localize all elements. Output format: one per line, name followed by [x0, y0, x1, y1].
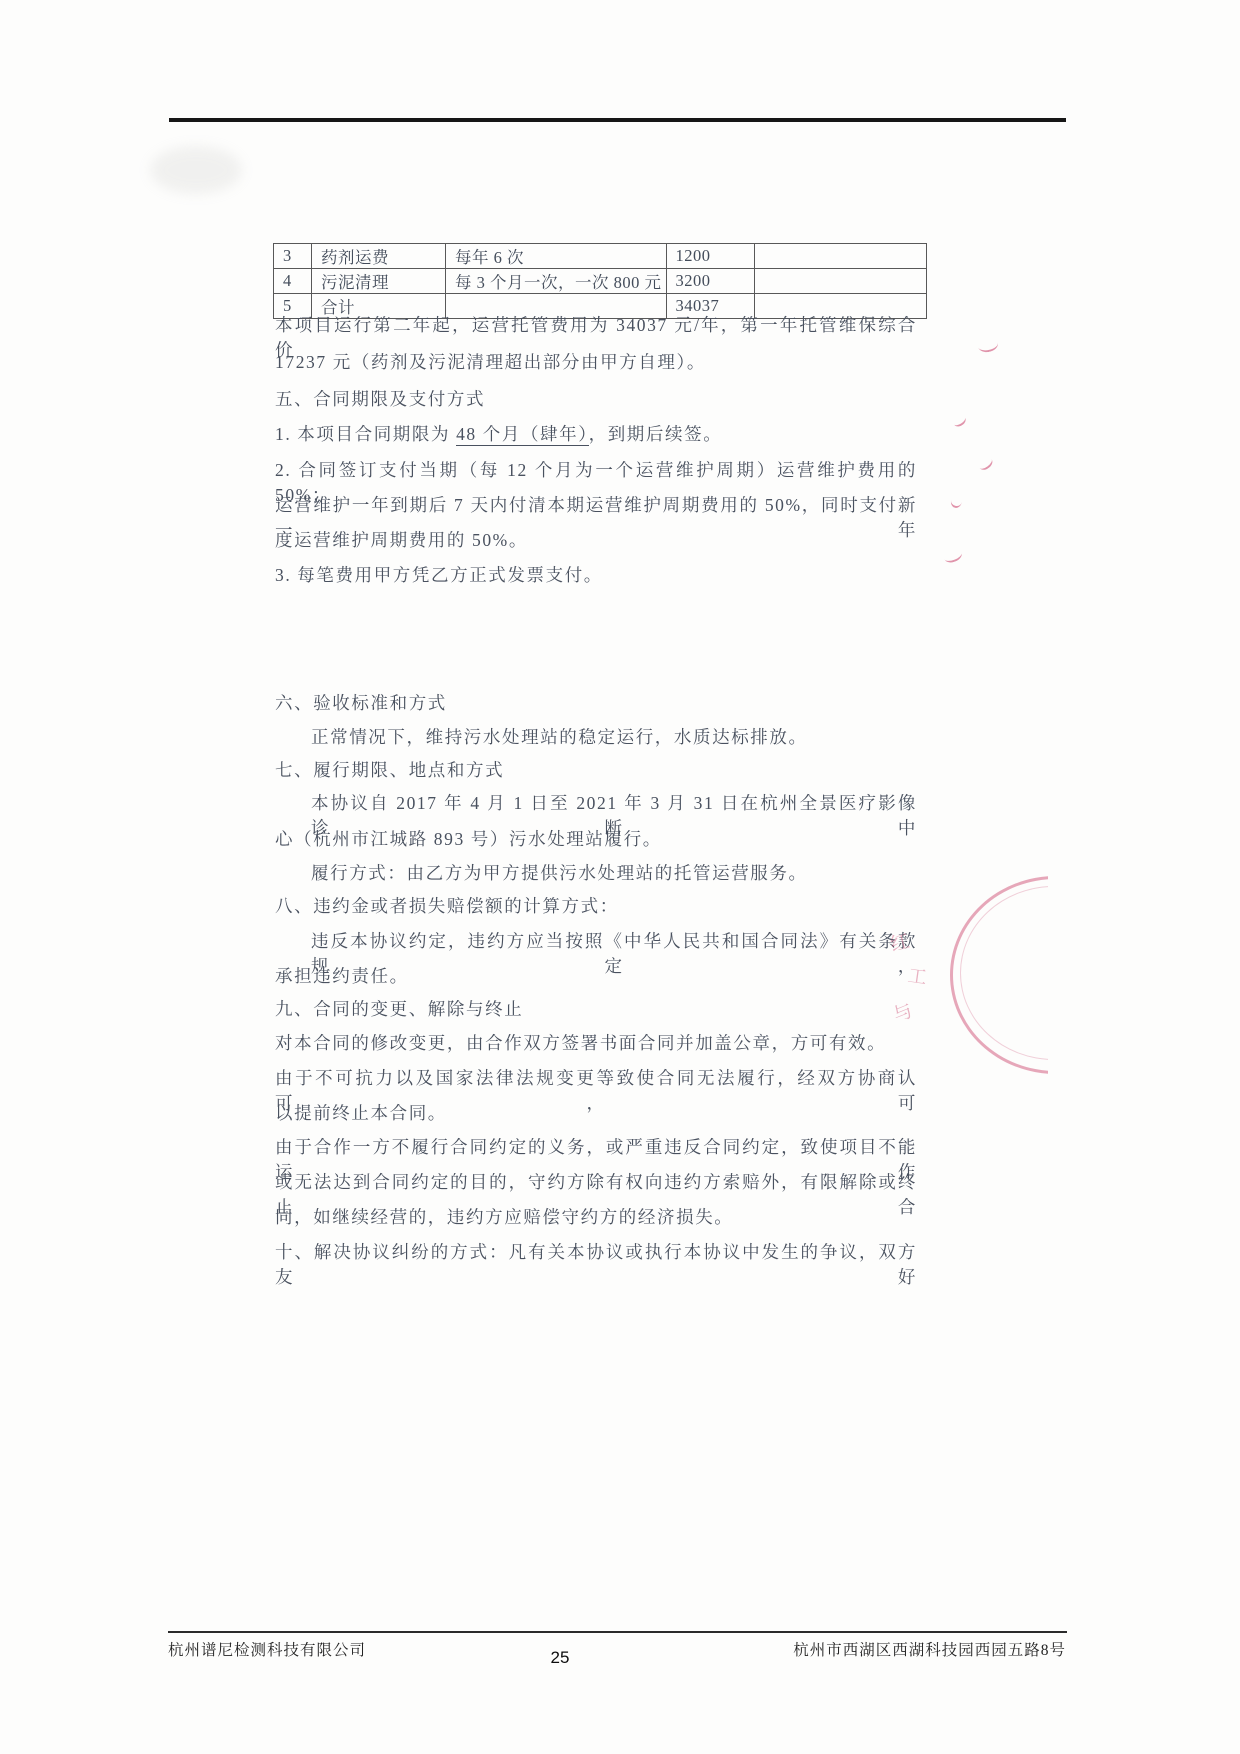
doc-line: 度运营维护周期费用的 50%。	[275, 527, 917, 552]
doc-line: 承担违约责任。	[275, 963, 917, 988]
clause-post: ，到期后续签。	[589, 424, 723, 444]
cell-note	[754, 269, 926, 294]
cell-note	[754, 244, 926, 269]
red-mark	[950, 493, 964, 509]
doc-line: 同，如继续经营的，违约方应赔偿守约方的经济损失。	[275, 1204, 917, 1229]
fee-table: 3 药剂运费 每年 6 次 1200 4 污泥清理 每 3 个月一次，一次 80…	[273, 243, 927, 319]
doc-line: 正常情况下，维持污水处理站的稳定运行，水质达标排放。	[311, 724, 917, 749]
cell-no: 3	[274, 244, 312, 269]
section-heading-6: 六、验收标准和方式	[275, 690, 917, 715]
red-mark	[951, 413, 967, 428]
doc-line: 对本合同的修改变更，由合作双方签署书面合同并加盖公章，方可有效。	[275, 1030, 917, 1055]
table-row: 4 污泥清理 每 3 个月一次，一次 800 元 3200	[274, 269, 927, 294]
clause-underlined-term: 48 个月（肆年）	[456, 424, 589, 446]
section-heading-9: 九、合同的变更、解除与终止	[275, 996, 917, 1021]
doc-line: 履行方式：由乙方为甲方提供污水处理站的托管运营服务。	[311, 860, 917, 885]
red-mark	[976, 455, 995, 473]
footer-company: 杭州谱尼检测科技有限公司	[168, 1638, 366, 1660]
doc-line: 17237 元（药剂及污泥清理超出部分由甲方自理）。	[275, 349, 917, 374]
red-seal-stamp	[944, 870, 1048, 1078]
seal-text-fragment: 工	[906, 961, 930, 991]
doc-line: 以提前终止本合同。	[275, 1100, 917, 1125]
section-heading-8: 八、违约金或者损失赔偿额的计算方式：	[275, 893, 917, 918]
top-rule	[169, 118, 1066, 122]
section-heading-10: 十、解决协议纠纷的方式：凡有关本协议或执行本协议中发生的争议，双方友好	[275, 1239, 917, 1289]
doc-line-term-clause: 1. 本项目合同期限为 48 个月（肆年），到期后续签。	[275, 421, 917, 446]
red-mark	[977, 336, 999, 354]
page-number: 25	[540, 1648, 580, 1668]
cell-item: 污泥清理	[312, 269, 446, 294]
table-row: 3 药剂运费 每年 6 次 1200	[274, 244, 927, 269]
section-heading-5: 五、合同期限及支付方式	[275, 386, 917, 411]
cell-desc: 每 3 个月一次，一次 800 元	[446, 269, 667, 294]
cell-no: 4	[274, 269, 312, 294]
clause-pre: 1. 本项目合同期限为	[275, 424, 456, 444]
section-heading-7: 七、履行期限、地点和方式	[275, 757, 917, 782]
cell-item: 药剂运费	[312, 244, 446, 269]
doc-line: 3. 每笔费用甲方凭乙方正式发票支付。	[275, 562, 917, 587]
doc-line: 心（杭州市江城路 893 号）污水处理站履行。	[275, 826, 917, 851]
red-mark	[942, 547, 963, 564]
scanned-contract-page: { "colors": { "text": "#49515f", "rule":…	[0, 0, 1240, 1754]
footer-rule	[168, 1631, 1067, 1633]
scan-smudge	[150, 146, 242, 194]
cell-amount: 1200	[666, 244, 754, 269]
footer-address: 杭州市西湖区西湖科技园西园五路8号	[793, 1638, 1066, 1660]
cell-amount: 3200	[666, 269, 754, 294]
cell-desc: 每年 6 次	[446, 244, 667, 269]
